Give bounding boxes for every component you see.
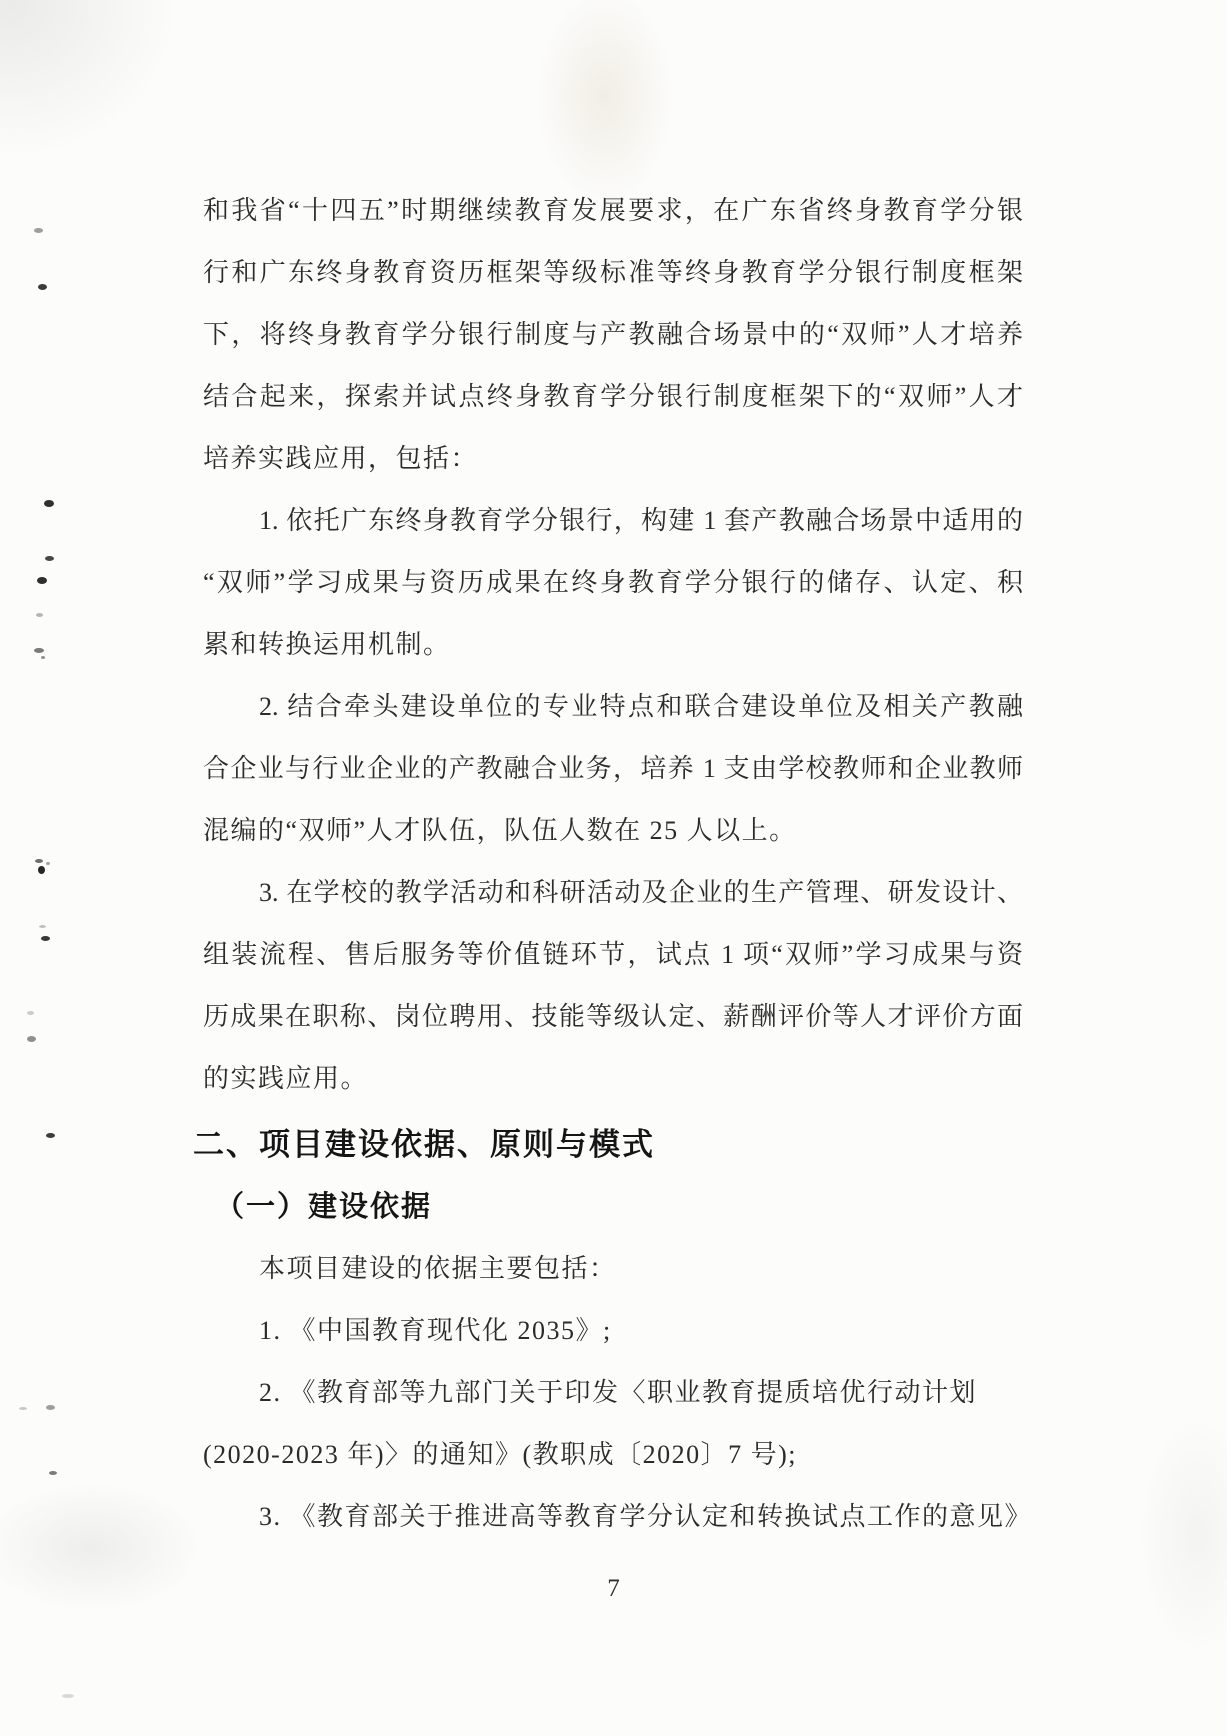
body-line: 行和广东终身教育资历框架等级标准等终身教育学分银行制度框架 bbox=[203, 242, 1023, 304]
list-item-1: 1. 依托广东终身教育学分银行，构建 1 套产教融合场景中适用的 bbox=[203, 490, 1023, 552]
scan-speck bbox=[35, 859, 43, 863]
scan-speck bbox=[27, 1036, 36, 1042]
scan-speck bbox=[19, 1407, 27, 1410]
scan-speck bbox=[27, 1011, 34, 1015]
scan-speck bbox=[46, 1133, 55, 1138]
subsection-heading: （一）建设依据 bbox=[203, 1176, 1023, 1238]
scanned-document-page: 和我省“十四五”时期继续教育发展要求，在广东省终身教育学分银 行和广东终身教育资… bbox=[0, 0, 1227, 1736]
list-item-2: 2. 结合牵头建设单位的专业特点和联合建设单位及相关产教融 bbox=[203, 676, 1023, 738]
body-line: 的实践应用。 bbox=[203, 1048, 1023, 1110]
scan-speck bbox=[45, 556, 54, 561]
list-item-3: 3. 在学校的教学活动和科研活动及企业的生产管理、研发设计、 bbox=[203, 862, 1023, 924]
scan-speck bbox=[37, 577, 47, 584]
body-line: 合企业与行业企业的产教融合业务，培养 1 支由学校教师和企业教师 bbox=[203, 738, 1023, 800]
scan-smudge-right-edge bbox=[1130, 1400, 1227, 1670]
body-line: “双师”学习成果与资历成果在终身教育学分银行的储存、认定、积 bbox=[203, 552, 1023, 614]
scan-speck bbox=[41, 936, 50, 941]
body-line: 累和转换运用机制。 bbox=[203, 614, 1023, 676]
body-line: 组装流程、售后服务等价值链环节，试点 1 项“双师”学习成果与资 bbox=[203, 924, 1023, 986]
scan-speck bbox=[62, 1694, 74, 1698]
scan-speck bbox=[49, 1471, 57, 1475]
body-line: 培养实践应用，包括： bbox=[203, 428, 1023, 490]
body-line: 下，将终身教育学分银行制度与产教融合场景中的“双师”人才培养 bbox=[203, 304, 1023, 366]
scan-speck bbox=[44, 500, 54, 507]
scan-speck bbox=[36, 613, 43, 617]
scan-speck bbox=[34, 228, 43, 233]
reference-item-2: 2. 《教育部等九部门关于印发〈职业教育提质培优行动计划 bbox=[203, 1362, 1023, 1424]
body-line: (2020-2023 年)〉的通知》(教职成〔2020〕7 号); bbox=[203, 1424, 1023, 1486]
body-line: 和我省“十四五”时期继续教育发展要求，在广东省终身教育学分银 bbox=[203, 180, 1023, 242]
scan-speck bbox=[46, 1405, 55, 1410]
scan-speck bbox=[34, 648, 44, 653]
page-number: 7 bbox=[0, 1568, 1227, 1610]
scan-speck bbox=[46, 862, 50, 865]
section-heading: 二、项目建设依据、原则与模式 bbox=[193, 1114, 1023, 1176]
body-line: 本项目建设的依据主要包括： bbox=[203, 1238, 1023, 1300]
body-line: 历成果在职称、岗位聘用、技能等级认定、薪酬评价等人才评价方面 bbox=[203, 986, 1023, 1048]
scan-smudge-top-left-corner bbox=[0, 0, 180, 160]
reference-item-3: 3. 《教育部关于推进高等教育学分认定和转换试点工作的意见》 bbox=[203, 1486, 1023, 1548]
scan-speck bbox=[38, 284, 47, 290]
reference-item-1: 1. 《中国教育现代化 2035》; bbox=[203, 1300, 1023, 1362]
document-body: 和我省“十四五”时期继续教育发展要求，在广东省终身教育学分银 行和广东终身教育资… bbox=[203, 180, 1023, 1548]
scan-speck bbox=[41, 656, 45, 659]
body-line: 结合起来，探索并试点终身教育学分银行制度框架下的“双师”人才 bbox=[203, 366, 1023, 428]
scan-speck bbox=[38, 866, 45, 874]
scan-speck bbox=[39, 925, 46, 928]
body-line: 混编的“双师”人才队伍，队伍人数在 25 人以上。 bbox=[203, 800, 1023, 862]
